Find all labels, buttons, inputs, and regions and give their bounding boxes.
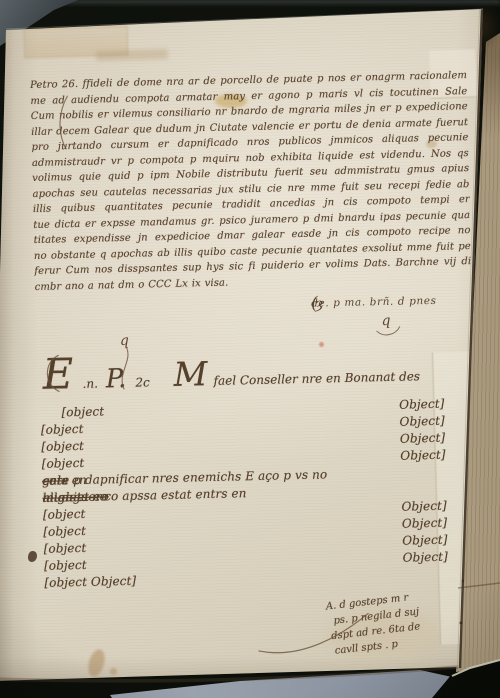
initials-line: E.n.P.2cMfael Conseller nre en Bonanat d… bbox=[42, 343, 420, 400]
initial-letter: P. bbox=[106, 364, 127, 394]
manuscript-photo: Petro 26. ffideli de dome nra ar de porc… bbox=[0, 0, 500, 698]
initials-text: .n. bbox=[82, 377, 98, 391]
initials-text: 2c bbox=[135, 375, 150, 389]
manuscript-line: fael Conseller nre en Bonanat des bbox=[213, 369, 420, 388]
initial-letter: E bbox=[42, 349, 74, 399]
note-close-flourish: ȝ bbox=[311, 296, 324, 310]
notary-mark: q bbox=[381, 314, 390, 328]
note-text: de. p ma. brñ. d pnes bbox=[311, 294, 437, 311]
ink-text-layer: Petro 26. ffideli de dome nra ar de porc… bbox=[0, 0, 500, 698]
flourish-letter: q bbox=[120, 334, 129, 348]
manuscript-page: Petro 26. ffideli de dome nra ar de porc… bbox=[0, 0, 500, 698]
initial-letter: M bbox=[173, 354, 208, 394]
